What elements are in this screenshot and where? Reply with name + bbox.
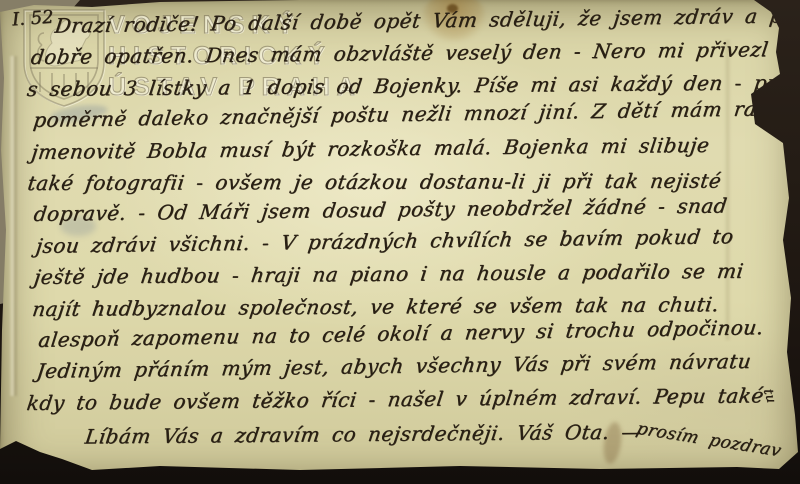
handwritten-line: ještě jde hudbou - hraji na piano i na h… (26, 258, 788, 296)
postcard: VOJENSKÝ HISTORICKÝ ÚSTAV PRAHA I. 52 Dr… (0, 0, 800, 484)
letter-text: Drazí rodiče! Po další době opět Vám sdě… (25, 10, 789, 456)
scanned-photo: VOJENSKÝ HISTORICKÝ ÚSTAV PRAHA I. 52 Dr… (0, 0, 800, 484)
